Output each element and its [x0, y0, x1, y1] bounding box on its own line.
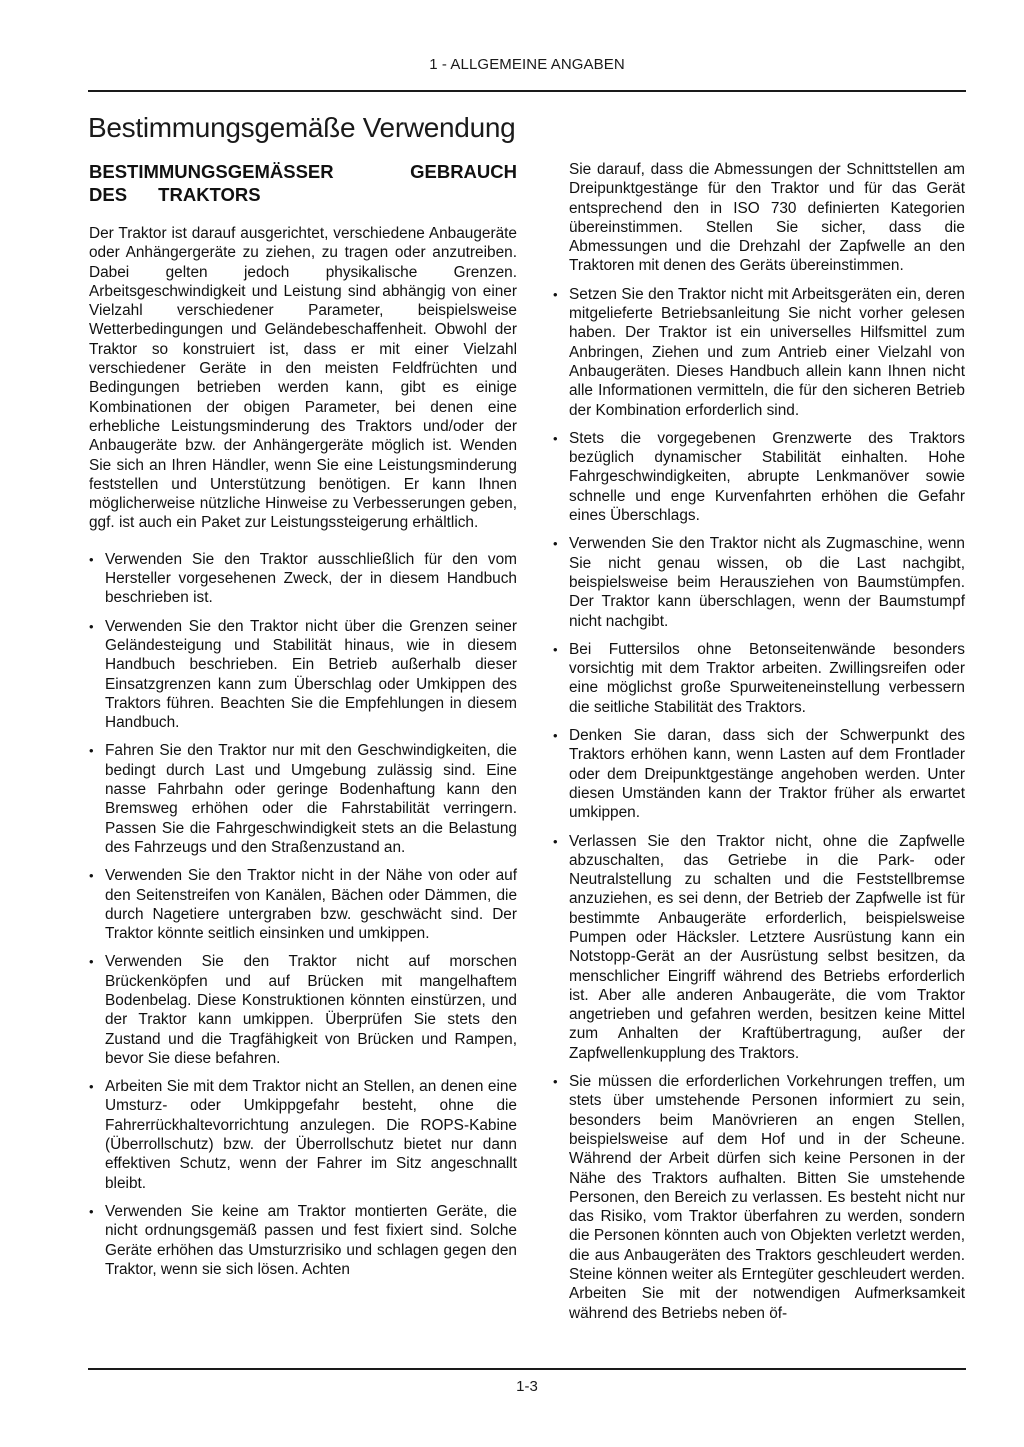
list-item: • Setzen Sie den Traktor nicht mit Arbei… — [553, 285, 965, 420]
list-item: • Verwenden Sie den Traktor nicht auf mo… — [89, 952, 517, 1068]
list-item-text: Verlassen Sie den Traktor nicht, ohne di… — [569, 833, 965, 1062]
list-item: • Verlassen Sie den Traktor nicht, ohne … — [553, 832, 965, 1064]
bullet-icon: • — [553, 534, 558, 553]
bullet-icon: • — [553, 429, 558, 448]
bullet-icon: • — [89, 550, 94, 569]
list-item-text: Arbeiten Sie mit dem Traktor nicht an St… — [105, 1078, 517, 1191]
list-item-text: Fahren Sie den Traktor nur mit den Gesch… — [105, 742, 517, 855]
section-heading-word1: BESTIMMUNGSGEMÄSSER — [89, 160, 334, 183]
bullet-icon: • — [553, 285, 558, 304]
section-heading-line1: BESTIMMUNGSGEMÄSSER GEBRAUCH — [89, 160, 517, 183]
bullet-icon: • — [89, 1077, 94, 1096]
bullet-icon: • — [553, 640, 558, 659]
list-item: • Verwenden Sie den Traktor ausschließli… — [89, 550, 517, 608]
bullet-icon: • — [89, 952, 94, 971]
right-bullet-list: Sie darauf, dass die Abmessungen der Sch… — [553, 160, 965, 1323]
left-column: BESTIMMUNGSGEMÄSSER GEBRAUCH DES TRAKTOR… — [89, 160, 517, 1288]
list-item-text: Verwenden Sie keine am Traktor montierte… — [105, 1203, 517, 1278]
left-bullet-list: • Verwenden Sie den Traktor ausschließli… — [89, 550, 517, 1279]
header-divider — [88, 90, 966, 92]
bullet-icon: • — [89, 866, 94, 885]
list-item-text: Sie müssen die erforderlichen Vorkehrung… — [569, 1073, 965, 1322]
bullet-icon: • — [89, 1202, 94, 1221]
section-heading-word2: GEBRAUCH — [410, 160, 517, 183]
bullet-icon: • — [89, 741, 94, 760]
page-number: 1-3 — [88, 1378, 966, 1395]
bullet-icon: • — [553, 726, 558, 745]
section-heading: BESTIMMUNGSGEMÄSSER GEBRAUCH DES TRAKTOR… — [89, 160, 517, 206]
running-header: 1 - ALLGEMEINE ANGABEN — [88, 56, 966, 73]
list-item-text: Setzen Sie den Traktor nicht mit Arbeits… — [569, 286, 965, 419]
page-title: Bestimmungsgemäße Verwendung — [88, 112, 515, 144]
bullet-icon: • — [553, 832, 558, 851]
continuation-text: Sie darauf, dass die Abmessungen der Sch… — [569, 161, 965, 274]
bullet-icon: • — [553, 1072, 558, 1091]
list-item: • Denken Sie daran, dass sich der Schwer… — [553, 726, 965, 822]
footer-divider — [88, 1368, 966, 1370]
list-item: • Verwenden Sie keine am Traktor montier… — [89, 1202, 517, 1279]
bullet-icon: • — [89, 617, 94, 636]
list-item-text: Verwenden Sie den Traktor nicht auf mors… — [105, 953, 517, 1066]
list-item-text: Verwenden Sie den Traktor ausschließlich… — [105, 551, 517, 607]
list-item-continuation: Sie darauf, dass die Abmessungen der Sch… — [553, 160, 965, 276]
list-item: • Verwenden Sie den Traktor nicht als Zu… — [553, 534, 965, 630]
intro-paragraph: Der Traktor ist darauf ausgerichtet, ver… — [89, 224, 517, 533]
list-item: • Arbeiten Sie mit dem Traktor nicht an … — [89, 1077, 517, 1193]
list-item-text: Verwenden Sie den Traktor nicht über die… — [105, 618, 517, 731]
list-item: • Fahren Sie den Traktor nur mit den Ges… — [89, 741, 517, 857]
section-heading-line2: DES TRAKTORS — [89, 183, 517, 206]
list-item-text: Stets die vorgegebenen Grenzwerte des Tr… — [569, 430, 965, 524]
list-item-text: Verwenden Sie den Traktor nicht in der N… — [105, 867, 517, 942]
right-column: Sie darauf, dass die Abmessungen der Sch… — [553, 160, 965, 1332]
list-item: • Verwenden Sie den Traktor nicht über d… — [89, 617, 517, 733]
list-item: • Sie müssen die erforderlichen Vorkehru… — [553, 1072, 965, 1323]
list-item-text: Denken Sie daran, dass sich der Schwerpu… — [569, 727, 965, 821]
list-item: • Bei Futtersilos ohne Betonseitenwände … — [553, 640, 965, 717]
list-item: • Verwenden Sie den Traktor nicht in der… — [89, 866, 517, 943]
list-item-text: Bei Futtersilos ohne Betonseitenwände be… — [569, 641, 965, 716]
list-item-text: Verwenden Sie den Traktor nicht als Zugm… — [569, 535, 965, 629]
list-item: • Stets die vorgegebenen Grenzwerte des … — [553, 429, 965, 525]
